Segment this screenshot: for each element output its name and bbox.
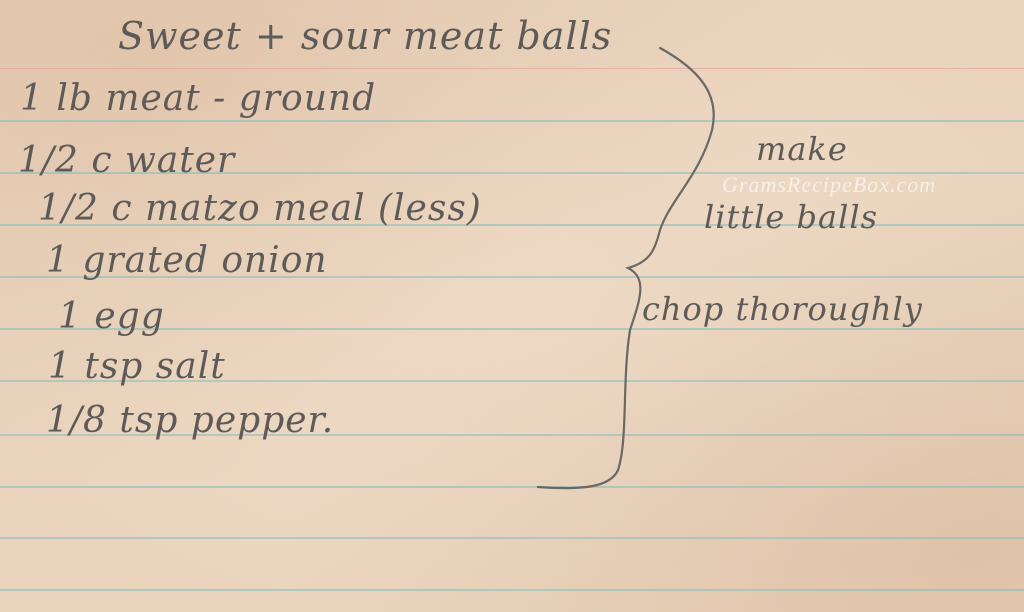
recipe-card: Sweet + sour meat balls 1 lb meat - grou… [0, 0, 1024, 612]
instruction-note: make [756, 130, 848, 168]
instruction-note: chop thoroughly [642, 290, 923, 328]
instruction-note: little balls [704, 198, 878, 236]
watermark: GramsRecipeBox.com [722, 172, 936, 198]
